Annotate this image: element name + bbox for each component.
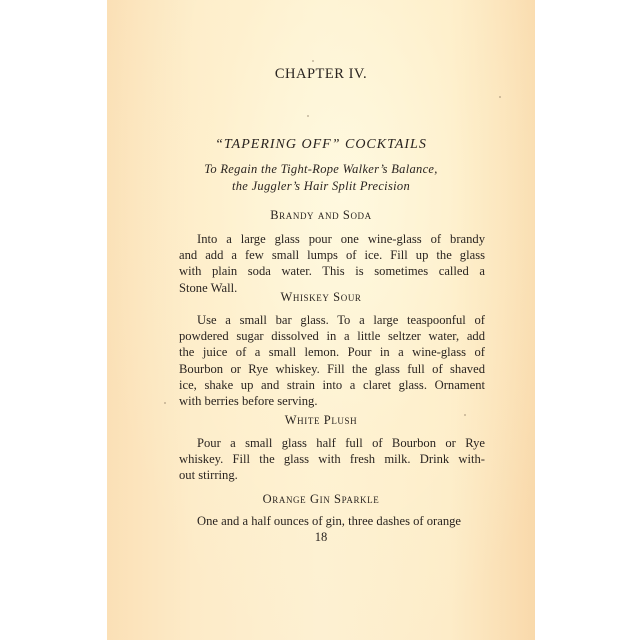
text-line: with berries before serving. [179,393,485,409]
text-line: with plain soda water. This is sometimes… [179,263,485,279]
subtitle-line: the Juggler’s Hair Split Precision [107,178,535,195]
text-line: ice, shake up and strain into a claret g… [179,377,485,393]
book-page: CHAPTER IV. “TAPERING OFF” COCKTAILS To … [107,0,535,640]
section-subtitle: To Regain the Tight-Rope Walker’s Balanc… [107,161,535,195]
text-line: Use a small bar glass. To a large teaspo… [179,312,485,328]
text-line: the juice of a small lemon. Pour in a wi… [179,344,485,360]
page-number: 18 [107,530,535,545]
text-line: out stirring. [179,467,485,483]
text-line: and add a few small lumps of ice. Fill u… [179,247,485,263]
recipe-body-whiskey-sour: Use a small bar glass. To a large teaspo… [179,312,485,409]
text-line: Bourbon or Rye whiskey. Fill the glass f… [179,361,485,377]
section-title: “TAPERING OFF” COCKTAILS [107,137,535,153]
recipe-heading-orange-gin-sparkle: Orange Gin Sparkle [107,492,535,507]
paper-speck [499,96,501,98]
recipe-body-orange-gin-sparkle: One and a half ounces of gin, three dash… [179,513,485,529]
recipe-heading-whiskey-sour: Whiskey Sour [107,290,535,305]
text-line: Pour a small glass half full of Bourbon … [179,435,485,451]
text-line: whiskey. Fill the glass with fresh milk.… [179,451,485,467]
text-line: powdered sugar dissolved in a little sel… [179,328,485,344]
chapter-heading: CHAPTER IV. [107,66,535,83]
recipe-heading-brandy-and-soda: Brandy and Soda [107,208,535,223]
paper-speck [307,115,309,117]
subtitle-line: To Regain the Tight-Rope Walker’s Balanc… [107,161,535,178]
paper-speck [164,402,166,404]
paper-speck [312,60,314,62]
recipe-heading-white-plush: White Plush [107,413,535,428]
recipe-body-brandy-and-soda: Into a large glass pour one wine-glass o… [179,231,485,296]
recipe-body-white-plush: Pour a small glass half full of Bourbon … [179,435,485,484]
text-line: Into a large glass pour one wine-glass o… [179,231,485,247]
text-line: One and a half ounces of gin, three dash… [179,513,485,529]
